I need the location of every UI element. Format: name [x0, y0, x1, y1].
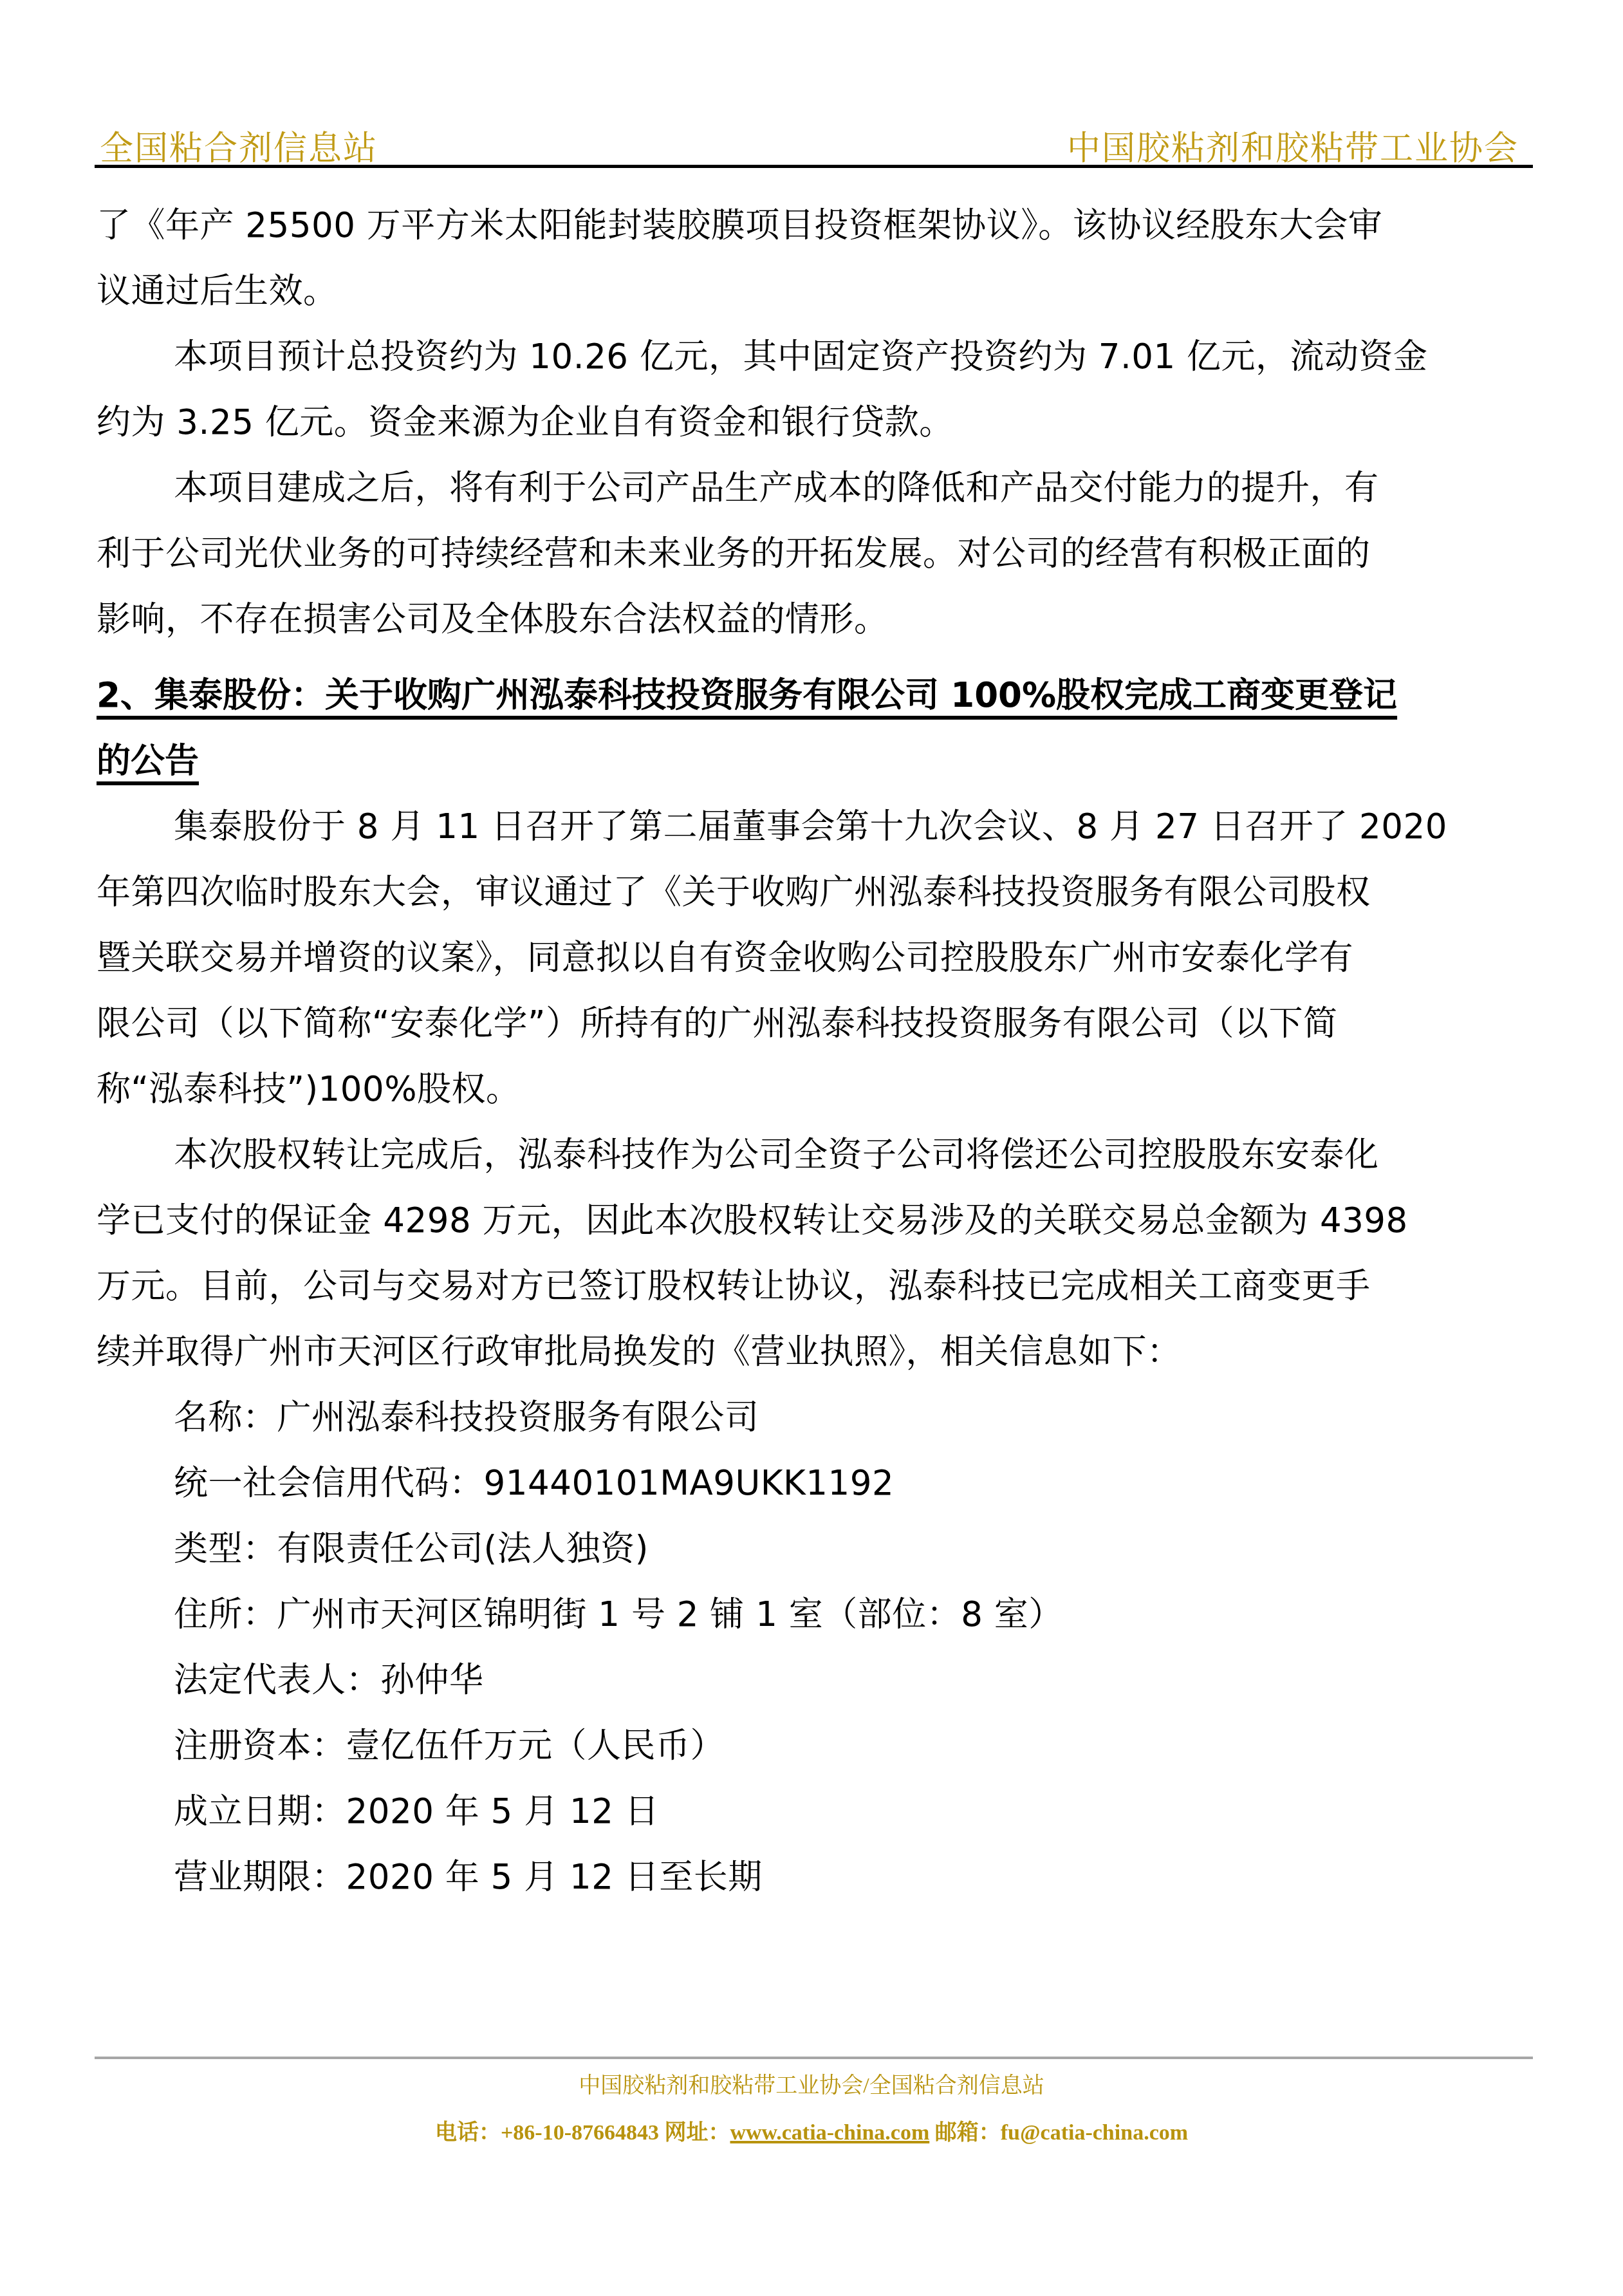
heading-line: 的公告 — [97, 729, 1532, 794]
info-founded: 成立日期：2020 年 5 月 12 日 — [97, 1779, 1532, 1845]
footer-contact: 电话：+86-10-87664843 网址：www.catia-china.co… — [0, 2114, 1623, 2146]
email-label: 邮箱： — [929, 2121, 1001, 2145]
info-address: 住所：广州市天河区锦明街 1 号 2 铺 1 室（部位：8 室） — [97, 1582, 1532, 1648]
text-line: 议通过后生效。 — [97, 259, 1532, 324]
info-term: 营业期限：2020 年 5 月 12 日至长期 — [97, 1845, 1532, 1910]
paragraph-impact: 本项目建成之后，将有利于公司产品生产成本的降低和产品交付能力的提升，有 利于公司… — [97, 456, 1532, 653]
text-line: 万元。目前，公司与交易对方已签订股权转让协议，泓泰科技已完成相关工商变更手 — [97, 1254, 1532, 1320]
paragraph-investment: 本项目预计总投资约为 10.26 亿元，其中固定资产投资约为 7.01 亿元，流… — [97, 324, 1532, 456]
section-heading: 2、集泰股份：关于收购广州泓泰科技投资服务有限公司 100%股权完成工商变更登记… — [97, 663, 1532, 794]
document-body: 了《年产 25500 万平方米太阳能封装胶膜项目投资框架协议》。该协议经股东大会… — [97, 193, 1532, 1910]
text-line: 年第四次临时股东大会，审议通过了《关于收购广州泓泰科技投资服务有限公司股权 — [97, 860, 1532, 926]
footer-org: 中国胶粘剂和胶粘带工业协会/全国粘合剂信息站 — [0, 2067, 1623, 2099]
text-line: 本项目预计总投资约为 10.26 亿元，其中固定资产投资约为 7.01 亿元，流… — [97, 324, 1532, 390]
heading-line: 2、集泰股份：关于收购广州泓泰科技投资服务有限公司 100%股权完成工商变更登记 — [97, 663, 1532, 729]
phone-number: +86-10-87664843 — [501, 2121, 659, 2145]
info-credit-code: 统一社会信用代码：91440101MA9UKK1192 — [97, 1451, 1532, 1517]
info-capital: 注册资本：壹亿伍仟万元（人民币） — [97, 1713, 1532, 1779]
page-header: 全国粘合剂信息站 中国胶粘剂和胶粘带工业协会 — [95, 116, 1532, 167]
website-link[interactable]: www.catia-china.com — [730, 2121, 929, 2145]
text-line: 本项目建成之后，将有利于公司产品生产成本的降低和产品交付能力的提升，有 — [97, 456, 1532, 521]
text-line: 约为 3.25 亿元。资金来源为企业自有资金和银行贷款。 — [97, 390, 1532, 456]
text-line: 限公司（以下简称“安泰化学”）所持有的广州泓泰科技投资服务有限公司（以下简 — [97, 991, 1532, 1057]
info-legal-rep: 法定代表人：孙仲华 — [97, 1648, 1532, 1713]
text-line: 续并取得广州市天河区行政审批局换发的《营业执照》，相关信息如下： — [97, 1320, 1532, 1385]
paragraph-transfer: 本次股权转让完成后，泓泰科技作为公司全资子公司将偿还公司控股股东安泰化 学已支付… — [97, 1123, 1532, 1385]
text-line: 本次股权转让完成后，泓泰科技作为公司全资子公司将偿还公司控股股东安泰化 — [97, 1123, 1532, 1188]
website-label: 网址： — [659, 2121, 730, 2145]
header-divider — [95, 165, 1533, 168]
company-info-list: 名称：广州泓泰科技投资服务有限公司 统一社会信用代码：91440101MA9UK… — [97, 1385, 1532, 1910]
header-association-name: 中国胶粘剂和胶粘带工业协会 — [1067, 121, 1519, 169]
paragraph-acquisition: 集泰股份于 8 月 11 日召开了第二届董事会第十九次会议、8 月 27 日召开… — [97, 794, 1532, 1123]
text-line: 了《年产 25500 万平方米太阳能封装胶膜项目投资框架协议》。该协议经股东大会… — [97, 193, 1532, 259]
text-line: 称“泓泰科技”)100%股权。 — [97, 1057, 1532, 1123]
text-line: 利于公司光伏业务的可持续经营和未来业务的开拓发展。对公司的经营有积极正面的 — [97, 521, 1532, 587]
header-site-name: 全国粘合剂信息站 — [100, 121, 378, 169]
text-line: 影响，不存在损害公司及全体股东合法权益的情形。 — [97, 587, 1532, 653]
info-name: 名称：广州泓泰科技投资服务有限公司 — [97, 1385, 1532, 1451]
text-line: 集泰股份于 8 月 11 日召开了第二届董事会第十九次会议、8 月 27 日召开… — [97, 794, 1532, 860]
text-line: 学已支付的保证金 4298 万元，因此本次股权转让交易涉及的关联交易总金额为 4… — [97, 1188, 1532, 1254]
paragraph-agreement: 了《年产 25500 万平方米太阳能封装胶膜项目投资框架协议》。该协议经股东大会… — [97, 193, 1532, 324]
phone-label: 电话： — [435, 2121, 501, 2145]
email-address[interactable]: fu@catia-china.com — [1001, 2121, 1188, 2145]
info-type: 类型：有限责任公司(法人独资) — [97, 1517, 1532, 1582]
text-line: 暨关联交易并增资的议案》，同意拟以自有资金收购公司控股股东广州市安泰化学有 — [97, 926, 1532, 991]
footer-divider — [95, 2057, 1533, 2059]
